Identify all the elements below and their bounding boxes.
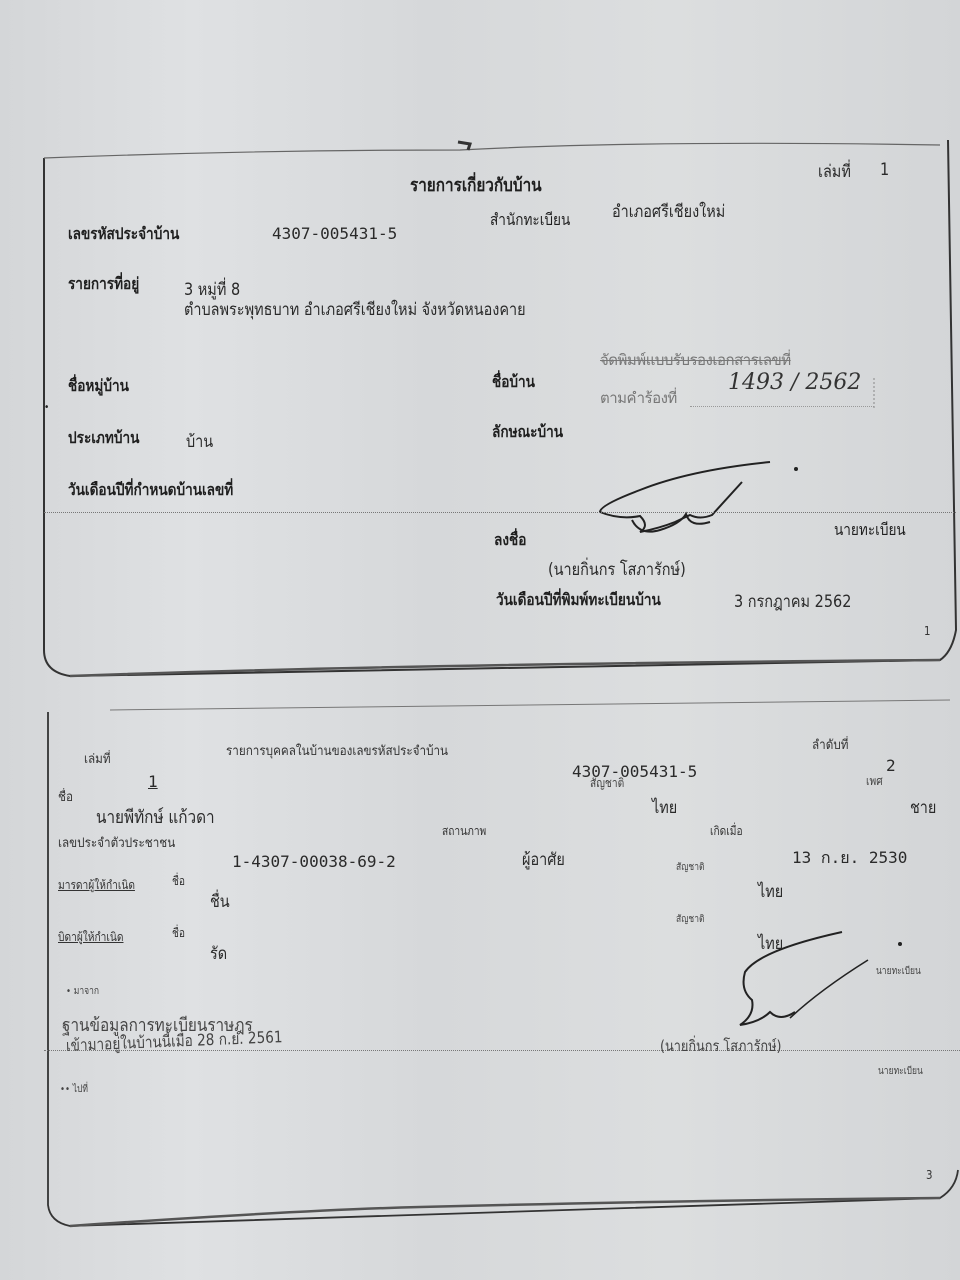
name-value: นายพีทักษ์ แก้วดา	[96, 802, 215, 831]
house-type-value: บ้าน	[186, 428, 213, 455]
status-value: ผู้อาศัย	[522, 846, 565, 873]
person-volume-label: เล่มที่	[84, 748, 111, 769]
house-number-date-label: วันเดือนปีที่กำหนดบ้านเลขที่	[68, 478, 233, 503]
id-label: เลขประจำตัวประชาชน	[58, 832, 175, 853]
registrar-label: นายทะเบียน	[834, 518, 906, 543]
mother-label: มารดาผู้ให้กำเนิด	[58, 876, 135, 895]
page-number-3: 3	[926, 1168, 932, 1182]
person-volume-value: 1	[148, 772, 158, 791]
house-type-label: ประเภทบ้าน	[68, 426, 139, 451]
address-label: รายการที่อยู่	[68, 272, 139, 297]
father-nationality-value: ไทย	[758, 930, 783, 957]
registrar-name: (นายกิ่นกร โสภารักษ์)	[548, 556, 686, 583]
volume-value: 1	[880, 160, 889, 180]
moved-to-label: •• ไปที่	[60, 1082, 88, 1097]
birth-value: 13 ก.ย. 2530	[792, 846, 907, 871]
house-code-value: 4307-005431-5	[272, 224, 397, 243]
stamp-line2-label: ตามคำร้องที่	[600, 386, 677, 410]
house-section-title: รายการเกี่ยวกับบ้าน	[410, 170, 542, 199]
section-divider	[44, 512, 956, 513]
person-section-title: รายการบุคคลในบ้านของเลขรหัสประจำบ้าน	[226, 740, 448, 761]
registrar-label-top: นายทะเบียน	[876, 964, 921, 979]
mother-nationality-value: ไทย	[758, 878, 783, 905]
lower-registrar-name: (นายกิ่นกร โสภารักษ์)	[660, 1034, 782, 1058]
house-code-label: เลขรหัสประจำบ้าน	[68, 222, 179, 247]
nationality-label: สัญชาติ	[590, 774, 624, 793]
volume-label: เล่มที่	[818, 158, 851, 185]
moved-from-label: • มาจาก	[66, 984, 99, 999]
father-name-label: ชื่อ	[172, 924, 185, 943]
status-label: สถานภาพ	[442, 822, 486, 841]
father-name-value: รัด	[210, 940, 227, 967]
address-line2: ตำบลพระพุทธบาท อำเภอศรีเชียงใหม่ จังหวัด…	[184, 296, 526, 323]
print-date-label: วันเดือนปีที่พิมพ์ทะเบียนบ้าน	[496, 588, 661, 613]
stamp-dotted-line	[690, 406, 874, 407]
mother-nationality-label: สัญชาติ	[676, 860, 705, 875]
house-name-label: ชื่อบ้าน	[492, 370, 535, 395]
bullet-dot: •	[44, 402, 49, 413]
registry-office-label: สำนักทะเบียน	[490, 208, 570, 233]
print-date-value: 3 กรกฎาคม 2562	[734, 588, 851, 615]
id-value: 1-4307-00038-69-2	[232, 852, 396, 871]
registry-office-value: อำเภอศรีเชียงใหม่	[612, 198, 725, 225]
father-nationality-label: สัญชาติ	[676, 912, 705, 927]
birth-label: เกิดเมื่อ	[710, 822, 743, 841]
nationality-value: ไทย	[652, 794, 677, 821]
registrar-label-bottom: นายทะเบียน	[878, 1064, 923, 1079]
village-name-label: ชื่อหมู่บ้าน	[68, 374, 129, 399]
mother-name-label: ชื่อ	[172, 872, 185, 891]
sex-label: เพศ	[866, 772, 883, 791]
page-number-1: 1	[924, 624, 930, 638]
father-label: บิดาผู้ให้กำเนิด	[58, 928, 124, 947]
order-label: ลำดับที่	[812, 734, 848, 755]
house-character-label: ลักษณะบ้าน	[492, 420, 563, 445]
sign-label: ลงชื่อ	[494, 528, 526, 553]
order-value: 2	[886, 756, 896, 775]
mother-name-value: ชื่น	[210, 888, 230, 915]
name-label: ชื่อ	[58, 786, 73, 807]
stamp-line1: จัดพิมพ์แบบรับรองเอกสารเลขที่	[600, 348, 791, 372]
stamp-handwritten-number: 1493 / 2562	[728, 370, 861, 395]
sex-value: ชาย	[910, 794, 936, 821]
